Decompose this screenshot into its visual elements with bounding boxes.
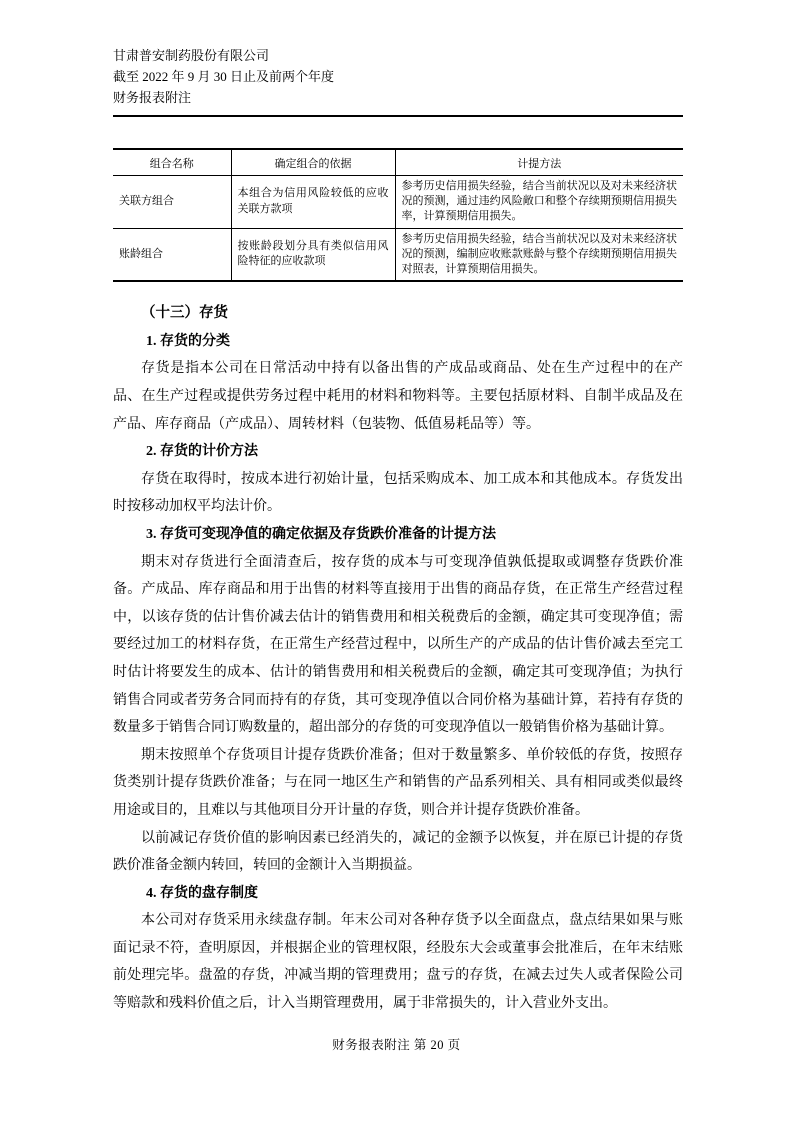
page-content: 甘肃普安制药股份有限公司 截至 2022 年 9 月 30 日止及前两个年度 财…	[113, 0, 683, 1018]
paragraph: 以前减记存货价值的影响因素已经消失的，减记的金额予以恢复，并在原已计提的存货跌价…	[113, 825, 683, 880]
provision-method-cell: 参考历史信用损失经验，结合当前状况以及对未来经济状况的预测，通过违约风险敞口和整…	[395, 176, 683, 229]
subsection-heading-valuation-method: 2. 存货的计价方法	[113, 438, 683, 466]
column-header-provision-method: 计提方法	[395, 149, 683, 176]
column-header-group-basis: 确定组合的依据	[231, 149, 395, 176]
header-doc-title: 财务报表附注	[113, 87, 683, 108]
document-body: （十三）存货 1. 存货的分类 存货是指本公司在日常活动中持有以备出售的产成品或…	[113, 300, 683, 1017]
table-row: 账龄组合 按账龄段划分具有类似信用风险特征的应收款项 参考历史信用损失经验，结合…	[113, 228, 683, 281]
paragraph: 存货是指本公司在日常活动中持有以备出售的产成品或商品、处在生产过程中的在产品、在…	[113, 355, 683, 438]
page-footer: 财务报表附注 第 20 页	[0, 1035, 793, 1053]
group-basis-cell: 按账龄段划分具有类似信用风险特征的应收款项	[231, 228, 395, 281]
group-name-cell: 账龄组合	[113, 228, 231, 281]
document-page: 甘肃普安制药股份有限公司 截至 2022 年 9 月 30 日止及前两个年度 财…	[0, 0, 793, 1122]
header-reporting-period: 截至 2022 年 9 月 30 日止及前两个年度	[113, 66, 683, 87]
group-basis-cell: 本组合为信用风险较低的应收关联方款项	[231, 176, 395, 229]
document-header: 甘肃普安制药股份有限公司 截至 2022 年 9 月 30 日止及前两个年度 财…	[113, 0, 683, 117]
table-row: 关联方组合 本组合为信用风险较低的应收关联方款项 参考历史信用损失经验，结合当前…	[113, 176, 683, 229]
section-title-inventory: （十三）存货	[113, 300, 683, 328]
provision-method-cell: 参考历史信用损失经验，结合当前状况以及对未来经济状况的预测，编制应收账款账龄与整…	[395, 228, 683, 281]
subsection-heading-nrv-basis: 3. 存货可变现净值的确定依据及存货跌价准备的计提方法	[113, 521, 683, 549]
paragraph: 本公司对存货采用永续盘存制。年末公司对各种存货予以全面盘点，盘点结果如果与账面记…	[113, 907, 683, 1017]
column-header-group-name: 组合名称	[113, 149, 231, 176]
header-company-name: 甘肃普安制药股份有限公司	[113, 45, 683, 66]
paragraph: 存货在取得时，按成本进行初始计量，包括采购成本、加工成本和其他成本。存货发出时按…	[113, 466, 683, 521]
credit-loss-provision-table: 组合名称 确定组合的依据 计提方法 关联方组合 本组合为信用风险较低的应收关联方…	[113, 148, 683, 282]
subsection-heading-stocktaking-system: 4. 存货的盘存制度	[113, 880, 683, 908]
paragraph: 期末对存货进行全面清查后，按存货的成本与可变现净值孰低提取或调整存货跌价准备。产…	[113, 549, 683, 742]
table-header-row: 组合名称 确定组合的依据 计提方法	[113, 149, 683, 176]
group-name-cell: 关联方组合	[113, 176, 231, 229]
paragraph: 期末按照单个存货项目计提存货跌价准备；但对于数量繁多、单价较低的存货，按照存货类…	[113, 742, 683, 825]
subsection-heading-classification: 1. 存货的分类	[113, 328, 683, 356]
